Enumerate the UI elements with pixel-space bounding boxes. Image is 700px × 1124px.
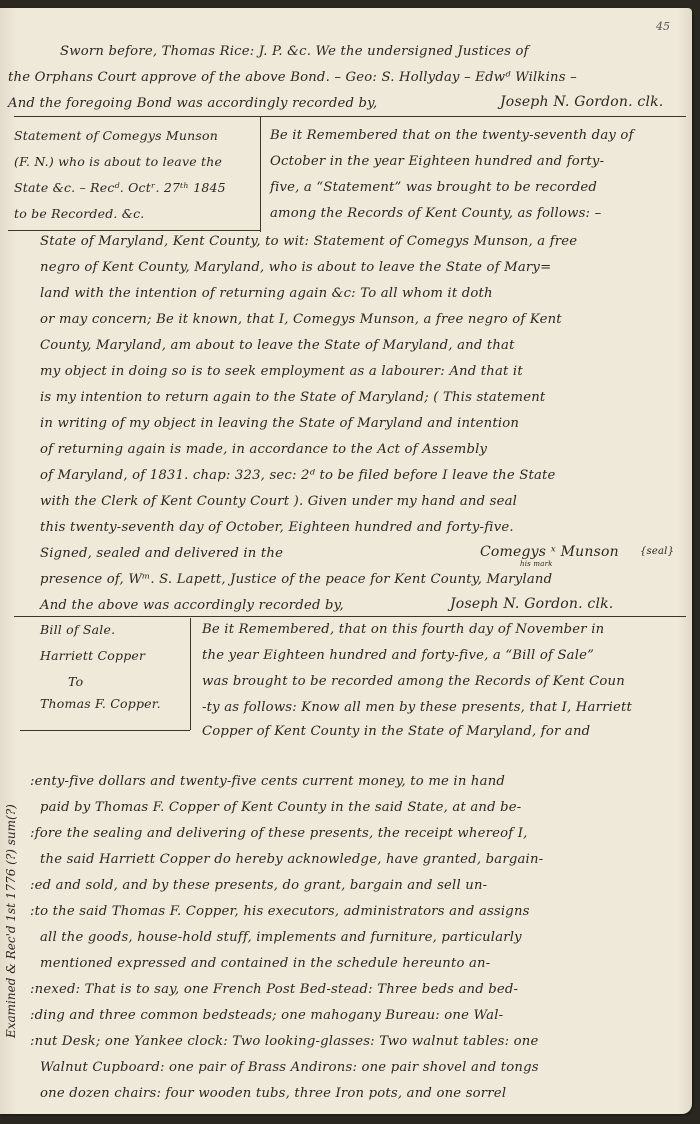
statement-box-line-2: (F. N.) who is about to leave the <box>14 154 222 169</box>
statement-intro-3: five, a “Statement” was brought to be re… <box>270 180 597 195</box>
statement-body-14: presence of, Wᵐ. S. Lapett, Justice of t… <box>40 572 552 587</box>
margin-box-border <box>190 618 191 730</box>
bill-body-2: paid by Thomas F. Copper of Kent County … <box>40 800 521 815</box>
section-divider <box>14 116 686 117</box>
margin-box-bottom <box>8 230 260 231</box>
margin-box-border <box>260 116 261 232</box>
statement-body-8: in writing of my object in leaving the S… <box>40 416 519 431</box>
bill-intro-5: Copper of Kent County in the State of Ma… <box>202 724 590 739</box>
statement-body-5: County, Maryland, am about to leave the … <box>40 338 515 353</box>
bill-body-13: one dozen chairs: four wooden tubs, thre… <box>40 1086 506 1101</box>
statement-body-12: this twenty-seventh day of October, Eigh… <box>40 520 514 535</box>
statement-box-line-3: State &c. – Recᵈ. Octʳ. 27ᵗʰ 1845 <box>14 180 226 195</box>
statement-body-9: of returning again is made, in accordanc… <box>40 442 487 457</box>
statement-body-11: with the Clerk of Kent County Court ). G… <box>40 494 517 509</box>
statement-box-line-1: Statement of Comegys Munson <box>14 128 218 143</box>
statement-box-line-4: to be Recorded. &c. <box>14 206 144 221</box>
statement-intro-4: among the Records of Kent County, as fol… <box>270 206 601 221</box>
page-number: 45 <box>656 20 670 33</box>
statement-body-13: Signed, sealed and delivered in the <box>40 546 283 561</box>
margin-box-bottom <box>20 730 190 731</box>
statement-intro-1: Be it Remembered that on the twenty-seve… <box>270 128 634 143</box>
bill-body-10: :ding and three common bedsteads; one ma… <box>30 1008 503 1023</box>
statement-body-4: or may concern; Be it known, that I, Com… <box>40 312 562 327</box>
statement-body-15: And the above was accordingly recorded b… <box>40 598 344 613</box>
statement-body-3: land with the intention of returning aga… <box>40 286 493 301</box>
bill-body-12: Walnut Cupboard: one pair of Brass Andir… <box>40 1060 539 1075</box>
bond-line-3: And the foregoing Bond was accordingly r… <box>8 96 377 111</box>
bond-line-1: Sworn before, Thomas Rice: J. P. &c. We … <box>60 44 529 59</box>
bill-body-1: :enty-five dollars and twenty-five cents… <box>30 774 505 789</box>
margin-note: Examined & Rec'd 1st 1776 (?) sum(?) <box>4 804 18 1038</box>
bill-body-11: :nut Desk; one Yankee clock: Two looking… <box>30 1034 538 1049</box>
bill-box-title: Bill of Sale. <box>40 622 115 637</box>
bill-body-6: :to the said Thomas F. Copper, his execu… <box>30 904 530 919</box>
ledger-page: 45 Sworn before, Thomas Rice: J. P. &c. … <box>0 8 692 1114</box>
statement-body-7: is my intention to return again to the S… <box>40 390 545 405</box>
bill-intro-1: Be it Remembered, that on this fourth da… <box>202 622 604 637</box>
statement-clerk-signature: Joseph N. Gordon. clk. <box>450 596 613 612</box>
mark-label: his mark <box>520 560 553 568</box>
bill-box-grantor: Harriett Copper <box>40 648 145 663</box>
section-divider <box>14 616 686 617</box>
bill-box-to: To <box>68 674 83 689</box>
statement-body-2: negro of Kent County, Maryland, who is a… <box>40 260 551 275</box>
bill-body-8: mentioned expressed and contained in the… <box>40 956 490 971</box>
statement-body-1: State of Maryland, Kent County, to wit: … <box>40 234 577 249</box>
bill-body-9: :nexed: That is to say, one French Post … <box>30 982 518 997</box>
bill-box-grantee: Thomas F. Copper. <box>40 696 161 711</box>
seal-label: {seal} <box>640 546 674 557</box>
bill-intro-2: the year Eighteen hundred and forty-five… <box>202 648 594 663</box>
bill-intro-3: was brought to be recorded among the Rec… <box>202 674 625 689</box>
bond-line-2: the Orphans Court approve of the above B… <box>8 70 577 85</box>
bill-body-3: :fore the sealing and delivering of thes… <box>30 826 528 841</box>
bill-body-5: :ed and sold, and by these presents, do … <box>30 878 487 893</box>
maker-signature: Comegys ˣ Munson <box>480 544 619 560</box>
statement-body-6: my object in doing so is to seek employm… <box>40 364 523 379</box>
statement-body-10: of Maryland, of 1831. chap: 323, sec: 2ᵈ… <box>40 468 556 483</box>
bond-clerk-signature: Joseph N. Gordon. clk. <box>500 94 663 110</box>
bill-body-7: all the goods, house-hold stuff, impleme… <box>40 930 522 945</box>
bill-body-4: the said Harriett Copper do hereby ackno… <box>40 852 543 867</box>
bill-intro-4: -ty as follows: Know all men by these pr… <box>202 700 632 715</box>
statement-intro-2: October in the year Eighteen hundred and… <box>270 154 604 169</box>
